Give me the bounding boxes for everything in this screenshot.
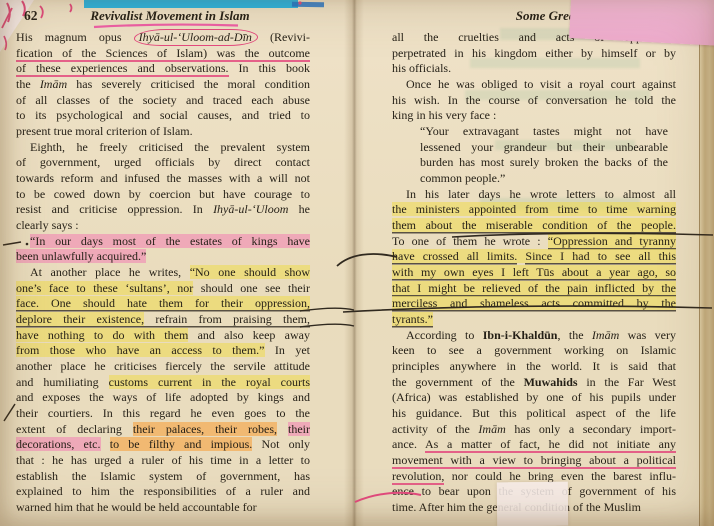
text-line: to its psychological and social causes, … xyxy=(16,108,310,124)
text-segment: “Your extravagant tastes might not have xyxy=(420,124,668,138)
text-segment: was very xyxy=(619,328,676,342)
text-segment: refrain from praising them, xyxy=(144,312,310,326)
text-segment: perpetrated in his kingdom either by him… xyxy=(392,46,676,60)
text-segment: At another place he writes, xyxy=(30,265,190,279)
text-line: and exposes the ways of life adopted by … xyxy=(16,390,310,406)
text-line: keen to see a government working on Isla… xyxy=(392,343,676,359)
text-segment: them about the miserable condition of th… xyxy=(392,218,676,232)
text-line: ance. As a matter of fact, he did not in… xyxy=(392,437,676,453)
text-segment: one’s face to these ‘sultans’, nor xyxy=(16,281,193,295)
text-segment: Ibn-i-Khaldūn xyxy=(483,328,558,342)
text-line: warned him that he would be held account… xyxy=(16,500,310,516)
text-segment: establish the Islamic system of governme… xyxy=(16,469,310,483)
text-line: of government, urged officials by direct… xyxy=(16,155,310,171)
text-segment: Ihyā-ul-‘Uloom xyxy=(213,202,288,216)
text-segment: To one of them he wrote : xyxy=(392,234,548,248)
text-line: towards reform and infused the masses wi… xyxy=(16,171,310,187)
text-line: Eighth, he freely criticised the prevale… xyxy=(16,140,310,156)
red-pen-mark xyxy=(40,6,43,18)
text-line: and humiliating customs current in the r… xyxy=(16,375,310,391)
text-segment: his guidance. But this political aspect … xyxy=(392,406,676,420)
text-line: In his later days he wrote letters to al… xyxy=(392,187,676,203)
text-segment: their xyxy=(288,422,310,436)
correction-patch xyxy=(497,482,568,526)
text-segment: has only a secondary import- xyxy=(506,422,676,436)
text-line: “Your extravagant tastes might not have xyxy=(392,124,676,140)
text-line: activity of the Imām has only a secondar… xyxy=(392,422,676,438)
text-segment: ance. xyxy=(392,437,425,451)
text-line: that I might be relieved of the pain inf… xyxy=(392,281,676,297)
text-segment: face. One should hate them for their opp… xyxy=(16,296,310,310)
text-segment: king in his very face : xyxy=(392,108,496,122)
text-segment: “Oppression and tyranny xyxy=(548,234,676,248)
page-number: 62 xyxy=(24,8,38,24)
cyan-strip-tail xyxy=(292,2,324,8)
text-line: (Africa) was established by one of his p… xyxy=(392,390,676,406)
text-segment: from those who have an access to them.” xyxy=(16,343,265,357)
text-segment: Once he was obliged to visit a royal cou… xyxy=(406,77,676,91)
text-segment: , the xyxy=(557,328,591,342)
text-segment: According to xyxy=(406,328,483,342)
book-spread-photo: 62 Revivalist Movement in Islam Some Gre… xyxy=(0,0,714,526)
text-segment: Imām xyxy=(478,422,505,436)
text-segment: to be filthy and impious. xyxy=(110,437,253,451)
text-segment: been unlawfully acquired.” xyxy=(16,249,146,263)
text-line: fication of the Sciences of Islam) was t… xyxy=(16,46,310,62)
text-segment: their courtiers. In this regard he even … xyxy=(16,406,310,420)
text-segment: have crossed all limits. xyxy=(392,249,517,263)
text-segment: Eighth, he freely criticised the prevale… xyxy=(30,140,310,154)
text-segment: his officials. xyxy=(392,61,451,75)
text-segment: the xyxy=(16,77,40,91)
text-line: his officials. xyxy=(392,61,676,77)
text-line: movement with a view to bringing about a… xyxy=(392,453,676,469)
text-line: another place he criticises fiercely the… xyxy=(16,359,310,375)
text-line: of all classes of the society and traced… xyxy=(16,93,310,109)
text-segment: resist and criticise oppression. In xyxy=(16,202,213,216)
text-segment: customs current in the royal courts xyxy=(109,375,310,389)
text-line: His magnum opus Ihyā-ul-‘Uloom-ad-Dīn (R… xyxy=(16,30,310,46)
text-segment: “No one should show xyxy=(190,265,310,279)
text-line: “In our days most of the estates of king… xyxy=(16,234,310,250)
text-line: have crossed all limits. Since I had to … xyxy=(392,249,676,265)
text-segment: keen to see a government working on Isla… xyxy=(392,343,676,357)
text-segment: and also keep away xyxy=(188,328,310,342)
text-segment: should one see their xyxy=(193,281,310,295)
text-segment: warned him that he would be held account… xyxy=(16,500,257,514)
text-segment: In this book xyxy=(229,61,311,75)
text-line: with my own eyes I left Tūs about a year… xyxy=(392,265,676,281)
text-segment: In yet xyxy=(265,343,311,357)
text-line: decorations, etc. to be filthy and impio… xyxy=(16,437,310,453)
text-line: lessened your grandeur but their unbeara… xyxy=(392,140,676,156)
text-line: them about the miserable condition of th… xyxy=(392,218,676,234)
text-segment: In his later days he wrote letters to al… xyxy=(406,187,676,201)
text-segment: “In our days most of the estates of king… xyxy=(30,234,310,248)
text-segment: Muwahids xyxy=(524,375,578,389)
text-segment: to its psychological and social causes, … xyxy=(16,108,310,122)
text-line: from those who have an access to them.” … xyxy=(16,343,310,359)
right-page-text: all the cruelties and acts of oppression… xyxy=(392,30,676,516)
text-line: one’s face to these ‘sultans’, nor shoul… xyxy=(16,281,310,297)
text-line: resist and criticise oppression. In Ihyā… xyxy=(16,202,310,218)
text-segment: (Revivi- xyxy=(258,30,310,44)
text-segment xyxy=(101,437,110,451)
text-line: At another place he writes, “No one shou… xyxy=(16,265,310,281)
text-segment: the government of the xyxy=(392,375,524,389)
left-page-text: His magnum opus Ihyā-ul-‘Uloom-ad-Dīn (R… xyxy=(16,30,310,516)
text-line: of these experiences and observations. I… xyxy=(16,61,310,77)
text-line: principles anywhere in the world. It is … xyxy=(392,359,676,375)
text-segment: common people.” xyxy=(420,171,505,185)
text-segment: principles anywhere in the world. It is … xyxy=(392,359,676,373)
cyan-highlighter-strip xyxy=(84,0,298,8)
text-segment: activity of the xyxy=(392,422,478,436)
text-segment: another place he criticises fiercely the… xyxy=(16,359,310,373)
text-line: been unlawfully acquired.” xyxy=(16,249,310,265)
text-segment: his wish. In the course of conversation … xyxy=(392,93,676,107)
text-segment: (Africa) was established by one of his p… xyxy=(392,390,676,404)
text-line: their courtiers. In this regard he even … xyxy=(16,406,310,422)
book-gutter-shadow xyxy=(344,0,364,526)
text-segment: and humiliating xyxy=(16,375,109,389)
text-segment: has severely criticised the moral condit… xyxy=(67,77,310,91)
text-segment: merciless and shameless acts committed b… xyxy=(392,296,676,310)
text-segment: explained to him the responsibilities of… xyxy=(16,484,310,498)
text-segment: Imām xyxy=(40,77,67,91)
text-line: deplore their existence, refrain from pr… xyxy=(16,312,310,328)
text-segment: of government, urged officials by direct… xyxy=(16,155,310,169)
text-segment: fication of the Sciences of Islam) was t… xyxy=(16,46,310,60)
text-line: the government of the Muwahids in the Fa… xyxy=(392,375,676,391)
text-line: explained to him the responsibilities of… xyxy=(16,484,310,500)
text-segment: their palaces, their robes, xyxy=(133,422,277,436)
text-line: establish the Islamic system of governme… xyxy=(16,469,310,485)
text-line: To one of them he wrote : “Oppression an… xyxy=(392,234,676,250)
text-line: have nothing to do with them and also ke… xyxy=(16,328,310,344)
text-segment: with my own eyes I left Tūs about a year… xyxy=(392,265,676,279)
text-line: clearly says : xyxy=(16,218,310,234)
text-segment: As a matter of fact, he did not initiate… xyxy=(425,437,676,451)
ink-slash-mark xyxy=(4,404,15,421)
text-segment: extent of declaring xyxy=(16,422,133,436)
text-line: the Imām has severely criticised the mor… xyxy=(16,77,310,93)
text-line: king in his very face : xyxy=(392,108,676,124)
text-segment: revolution, xyxy=(392,469,444,483)
running-header-left: Revivalist Movement in Islam xyxy=(70,8,270,24)
text-line: his wish. In the course of conversation … xyxy=(392,93,676,109)
text-segment: that : he has urged a ruler of his time … xyxy=(16,453,310,467)
ink-margin-curl xyxy=(337,254,397,266)
text-segment: lessened your grandeur but their unbeara… xyxy=(420,140,668,154)
text-line: face. One should hate them for their opp… xyxy=(16,296,310,312)
text-line: present true moral criterion of Islam. xyxy=(16,124,310,140)
text-line: burden has most surely broken the backs … xyxy=(392,155,676,171)
text-segment: towards reform and infused the masses wi… xyxy=(16,171,310,185)
text-line: that : he has urged a ruler of his time … xyxy=(16,453,310,469)
text-segment: Not only xyxy=(252,437,310,451)
text-segment: of all classes of the society and traced… xyxy=(16,93,310,107)
text-segment: burden has most surely broken the backs … xyxy=(420,155,668,169)
text-line: perpetrated in his kingdom either by him… xyxy=(392,46,676,62)
text-line: to be cowed down by coercion but have co… xyxy=(16,187,310,203)
text-segment: clearly says : xyxy=(16,218,79,232)
text-segment: His magnum opus xyxy=(16,30,134,44)
text-segment: in the Far West xyxy=(578,375,676,389)
text-line: common people.” xyxy=(392,171,676,187)
text-segment: and exposes the ways of life adopted by … xyxy=(16,390,310,404)
text-line: According to Ibn-i-Khaldūn, the Imām was… xyxy=(392,328,676,344)
text-segment: he xyxy=(288,202,310,216)
text-segment: decorations, etc. xyxy=(16,437,101,451)
red-header-underline xyxy=(94,25,238,27)
text-segment xyxy=(277,422,288,436)
text-line: the ministers appointed from time to tim… xyxy=(392,202,676,218)
text-segment: the ministers appointed from time to tim… xyxy=(392,202,676,216)
text-segment: to be cowed down by coercion but have co… xyxy=(16,187,310,201)
text-segment: that I might be relieved of the pain inf… xyxy=(392,281,676,295)
text-segment: deplore their existence, xyxy=(16,312,144,326)
text-line: tyrants.” xyxy=(392,312,676,328)
text-segment: present true moral criterion of Islam. xyxy=(16,124,193,138)
text-segment: have nothing to do with them xyxy=(16,328,188,342)
text-line: his guidance. But this political aspect … xyxy=(392,406,676,422)
text-segment: movement with a view to bringing about a… xyxy=(392,453,676,467)
page-stack-edge xyxy=(699,0,714,526)
text-segment: Imām xyxy=(592,328,619,342)
text-segment: tyrants.” xyxy=(392,312,433,326)
text-segment: of these experiences and observations. xyxy=(16,61,229,75)
text-line: merciless and shameless acts committed b… xyxy=(392,296,676,312)
text-line: extent of declaring their palaces, their… xyxy=(16,422,310,438)
text-segment: Ihyā-ul-‘Uloom-ad-Dīn xyxy=(134,29,258,46)
text-segment: Since I had to see all this xyxy=(525,249,676,263)
text-line: Once he was obliged to visit a royal cou… xyxy=(392,77,676,93)
